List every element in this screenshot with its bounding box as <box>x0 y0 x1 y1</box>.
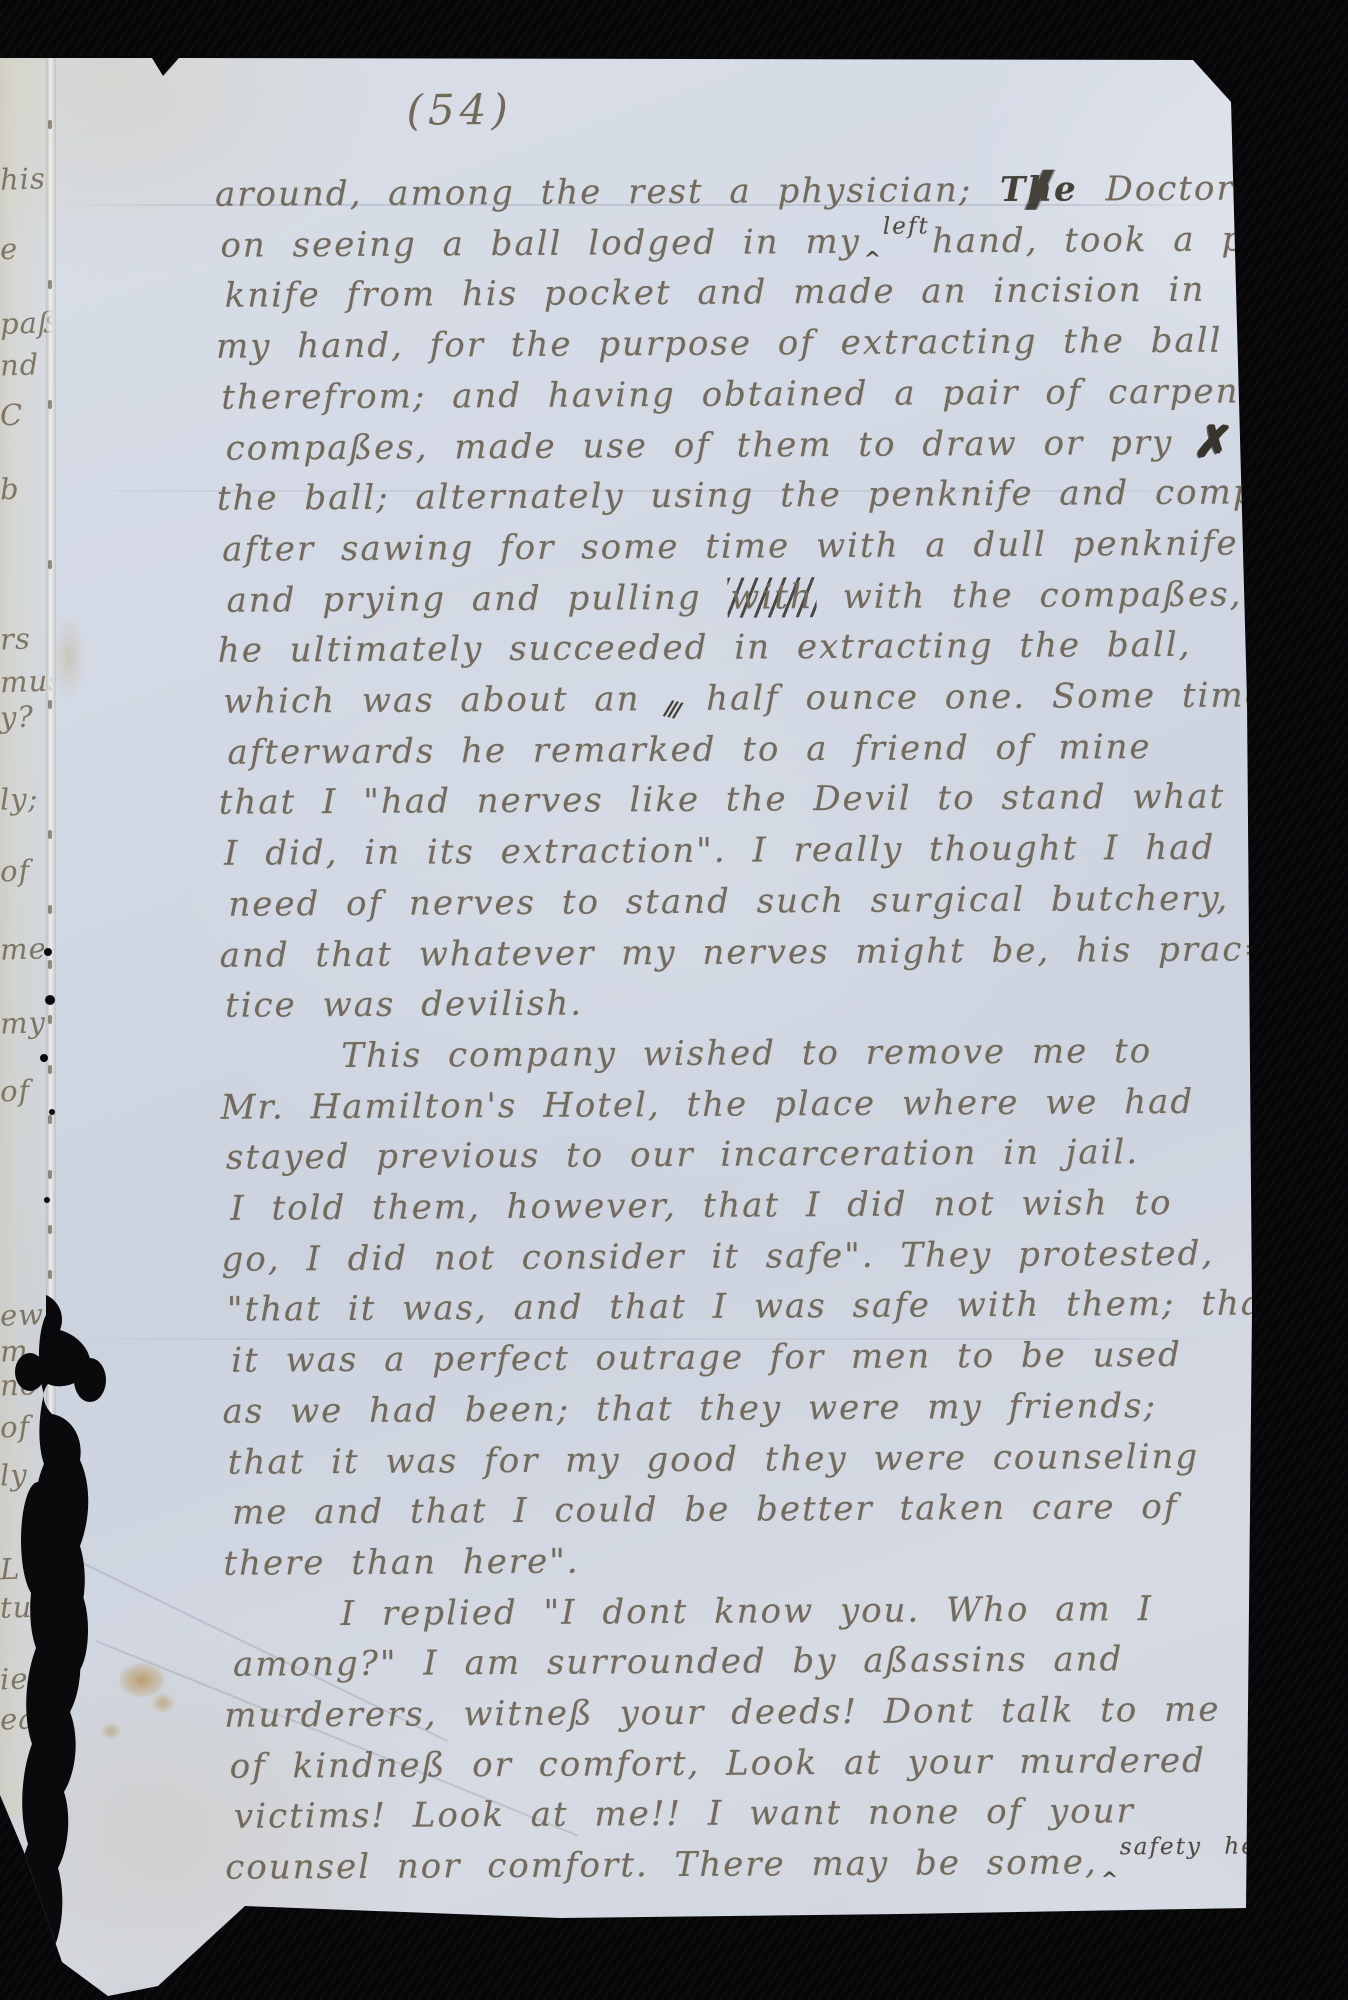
manuscript-line: need of nerves to stand such surgical bu… <box>228 879 1229 925</box>
manuscript-line: I did, in its extraction". I really thou… <box>224 828 1215 874</box>
line-text: I <box>1288 1841 1329 1881</box>
manuscript-line: among?" I am surrounded by aßassins and <box>233 1639 1124 1684</box>
xmark-mark: ✗ <box>1193 413 1236 471</box>
line-text: stayed previous to our incarceration in … <box>226 1132 1139 1178</box>
line-text: that it was for my good they were counse… <box>228 1437 1200 1483</box>
manuscript-line: around, among the rest a physician; The … <box>215 169 1235 215</box>
line-text: there than here". <box>223 1542 579 1584</box>
manuscript-line: I replied "I dont know you. Who am I <box>341 1589 1153 1634</box>
line-text: hand, took a pen= <box>932 219 1322 261</box>
manuscript-line: stayed previous to our incarceration in … <box>226 1132 1139 1178</box>
line-text: with the compaßes, <box>817 575 1243 618</box>
insert-mark: left <box>883 213 930 239</box>
manuscript-line: and that whatever my nerves might be, hi… <box>220 929 1274 975</box>
line-text: out. <box>1229 422 1330 463</box>
line-text: I replied "I dont know you. Who am I <box>341 1589 1153 1634</box>
scan-background: { "document": { "type": "handwritten man… <box>0 0 1348 2000</box>
line-text: he ultimately succeeded in extracting th… <box>218 625 1192 671</box>
manuscript-line: as we had been; that they were my friend… <box>222 1386 1157 1432</box>
line-text: among?" I am surrounded by aßassins and <box>233 1639 1124 1684</box>
manuscript-line: compaßes, made use of them to draw or pr… <box>226 422 1331 469</box>
manuscript-line: and prying and pulling with with the com… <box>226 575 1242 621</box>
manuscript-line: he ultimately succeeded in extracting th… <box>218 625 1192 671</box>
line-text: on seeing a ball lodged in my <box>220 222 861 266</box>
manuscript-line: that it was for my good they were counse… <box>228 1437 1200 1483</box>
ink-blot-damage <box>0 900 160 2000</box>
manuscript-line: on seeing a ball lodged in my^lefthand, … <box>220 219 1322 266</box>
manuscript-line: I told them, however, that I did not wis… <box>230 1183 1172 1229</box>
manuscript-line: the ball; alternately using the penknife… <box>217 472 1304 519</box>
manuscript-line: afterwards he remarked to a friend of mi… <box>227 727 1151 773</box>
line-text: need of nerves to stand such surgical bu… <box>228 879 1229 925</box>
line-text: me and that I could be better taken care… <box>232 1487 1179 1533</box>
manuscript-line: murderers, witneß your deeds! Dont talk … <box>224 1690 1220 1736</box>
manuscript-line: Mr. Hamilton's Hotel, the place where we… <box>221 1082 1195 1128</box>
caret-mark: ^ <box>1101 1867 1120 1891</box>
line-text: the ball; alternately using the penknife… <box>217 472 1304 519</box>
manuscript-text: (54) around, among the rest a physician;… <box>0 0 1348 2000</box>
line-text: around, among the rest a physician; <box>215 170 998 215</box>
manuscript-line: knife from his pocket and made an incisi… <box>225 270 1206 316</box>
line-text: afterwards he remarked to a friend of mi… <box>227 727 1151 773</box>
manuscript-line: which was about an /// half ounce one. S… <box>223 675 1267 721</box>
line-text: which was about an <box>223 679 666 722</box>
line-text: therefrom; and having obtained a pair of… <box>221 371 1315 418</box>
manuscript-line: it was a perfect outrage for men to be u… <box>231 1335 1182 1381</box>
manuscript-line: that I "had nerves like the Devil to sta… <box>219 777 1226 823</box>
inked-mark: The <box>998 170 1080 210</box>
line-text: of kindneß or comfort, Look at your murd… <box>230 1741 1206 1787</box>
manuscript-line: my hand, for the purpose of extracting t… <box>216 321 1223 367</box>
line-text: that I "had nerves like the Devil to sta… <box>219 777 1226 823</box>
line-text: Doctor <box>1080 169 1235 210</box>
line-text: after sawing for some time with a dull p… <box>222 524 1239 570</box>
manuscript-line: This company wished to remove me to <box>341 1031 1152 1076</box>
manuscript-line: victims! Look at me!! I want none of you… <box>234 1791 1135 1837</box>
line-text: compaßes, made use of them to draw or pr… <box>226 423 1200 469</box>
line-text: my hand, for the purpose of extracting t… <box>216 321 1223 367</box>
line-text: knife from his pocket and made an incisi… <box>225 270 1206 316</box>
manuscript-line: go, I did not consider it safe". They pr… <box>221 1234 1214 1280</box>
line-text: go, I did not consider it safe". They pr… <box>221 1234 1214 1280</box>
insert-mark: safety here <box>1120 1833 1286 1860</box>
manuscript-line: "that it was, and that I was safe with t… <box>227 1283 1279 1329</box>
manuscript-line: therefrom; and having obtained a pair of… <box>221 371 1315 418</box>
line-text: half ounce one. Some time <box>680 675 1267 719</box>
caret-mark: ^ <box>864 247 883 271</box>
scratched-mark: with <box>727 577 817 618</box>
line-text: counsel nor comfort. There may be some, <box>225 1842 1098 1887</box>
line-text: and that whatever my nerves might be, hi… <box>220 929 1274 975</box>
line-text: "that it was, and that I was safe with t… <box>227 1283 1279 1329</box>
line-text: I told them, however, that I did not wis… <box>230 1183 1172 1229</box>
manuscript-lines: around, among the rest a physician; The … <box>0 0 1342 4</box>
manuscript-line: of kindneß or comfort, Look at your murd… <box>230 1741 1206 1787</box>
line-text: tice was devilish. <box>225 984 583 1026</box>
line-text: it was a perfect outrage for men to be u… <box>231 1335 1182 1381</box>
line-text: Mr. Hamilton's Hotel, the place where we… <box>221 1082 1195 1128</box>
manuscript-line: there than here". <box>223 1542 579 1584</box>
line-text: This company wished to remove me to <box>341 1031 1152 1076</box>
manuscript-line: after sawing for some time with a dull p… <box>222 524 1239 570</box>
page-number: (54) <box>406 85 513 135</box>
line-text: murderers, witneß your deeds! Dont talk … <box>224 1690 1220 1736</box>
manuscript-line: counsel nor comfort. There may be some,^… <box>225 1841 1329 1888</box>
manuscript-line: me and that I could be better taken care… <box>232 1487 1179 1533</box>
line-text: as we had been; that they were my friend… <box>222 1386 1157 1432</box>
line-text: I did, in its extraction". I really thou… <box>224 828 1215 874</box>
manuscript-line: tice was devilish. <box>225 984 583 1026</box>
manuscript-page: hisepaßndCbrsmusty?ly;ofmemyofewmnooflyL… <box>0 0 1348 2000</box>
line-text: victims! Look at me!! I want none of you… <box>234 1791 1135 1837</box>
line-text: and prying and pulling <box>226 578 727 621</box>
